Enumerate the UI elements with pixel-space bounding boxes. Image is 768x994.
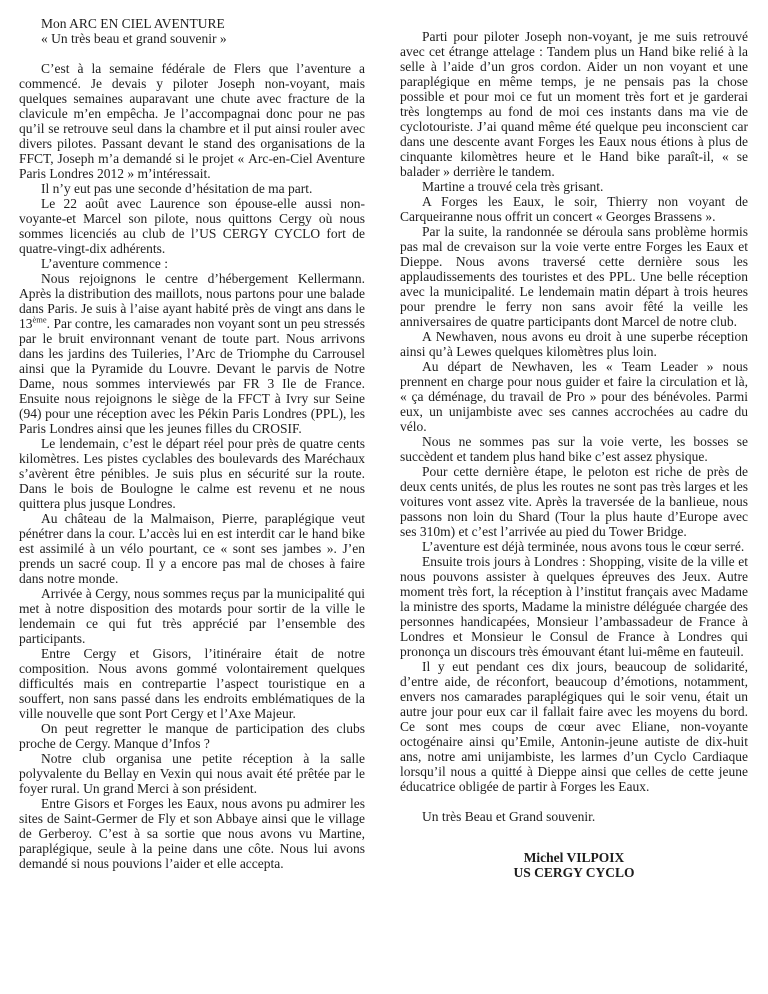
article-subtitle: « Un très beau et grand souvenir » [19,31,365,46]
paragraph: A Forges les Eaux, le soir, Thierry non … [400,194,748,224]
signature-author-name: Michel VILPOIX [400,850,748,865]
paragraph: Entre Gisors et Forges les Eaux, nous av… [19,796,365,871]
right-column: Parti pour piloter Joseph non-voyant, je… [400,29,748,994]
article-title-block: Mon ARC EN CIEL AVENTURE « Un très beau … [19,16,365,46]
paragraph: Il y eut pendant ces dix jours, beaucoup… [400,659,748,794]
left-column-text: C’est à la semaine fédérale de Flers que… [19,61,365,871]
text-segment: . Par contre, les camarades non voyant s… [19,316,365,436]
paragraph: L’aventure est déjà terminée, nous avons… [400,539,748,554]
paragraph: Arrivée à Cergy, nous sommes reçus par l… [19,586,365,646]
paragraph: Il n’y eut pas une seconde d’hésitation … [19,181,365,196]
paragraph: Le 22 août avec Laurence son épouse-elle… [19,196,365,256]
paragraph: Le lendemain, c’est le départ réel pour … [19,436,365,511]
paragraph: L’aventure commence : [19,256,365,271]
paragraph: Au château de la Malmaison, Pierre, para… [19,511,365,586]
paragraph: On peut regretter le manque de participa… [19,721,365,751]
paragraph: C’est à la semaine fédérale de Flers que… [19,61,365,181]
paragraph: Nous ne sommes pas sur la voie verte, le… [400,434,748,464]
paragraph: Notre club organisa une petite réception… [19,751,365,796]
right-column-text: Parti pour piloter Joseph non-voyant, je… [400,29,748,794]
paragraph: Ensuite trois jours à Londres : Shopping… [400,554,748,659]
paragraph: Au départ de Newhaven, les « Team Leader… [400,359,748,434]
paragraph: Entre Cergy et Gisors, l’itinéraire étai… [19,646,365,721]
paragraph: Pour cette dernière étape, le peloton es… [400,464,748,539]
signature-club-name: US CERGY CYCLO [400,865,748,880]
left-column: Mon ARC EN CIEL AVENTURE « Un très beau … [19,16,365,994]
article-title: Mon ARC EN CIEL AVENTURE [19,16,365,31]
document-page: Mon ARC EN CIEL AVENTURE « Un très beau … [0,0,768,994]
paragraph: Par la suite, la randonnée se déroula sa… [400,224,748,329]
superscript-text: ème [33,315,47,325]
signature-block: Michel VILPOIX US CERGY CYCLO [400,850,748,880]
paragraph: Parti pour piloter Joseph non-voyant, je… [400,29,748,179]
closing-line: Un très Beau et Grand souvenir. [400,809,748,824]
paragraph: A Newhaven, nous avons eu droit à une su… [400,329,748,359]
paragraph: Martine a trouvé cela très grisant. [400,179,748,194]
paragraph: Nous rejoignons le centre d’hébergement … [19,271,365,436]
